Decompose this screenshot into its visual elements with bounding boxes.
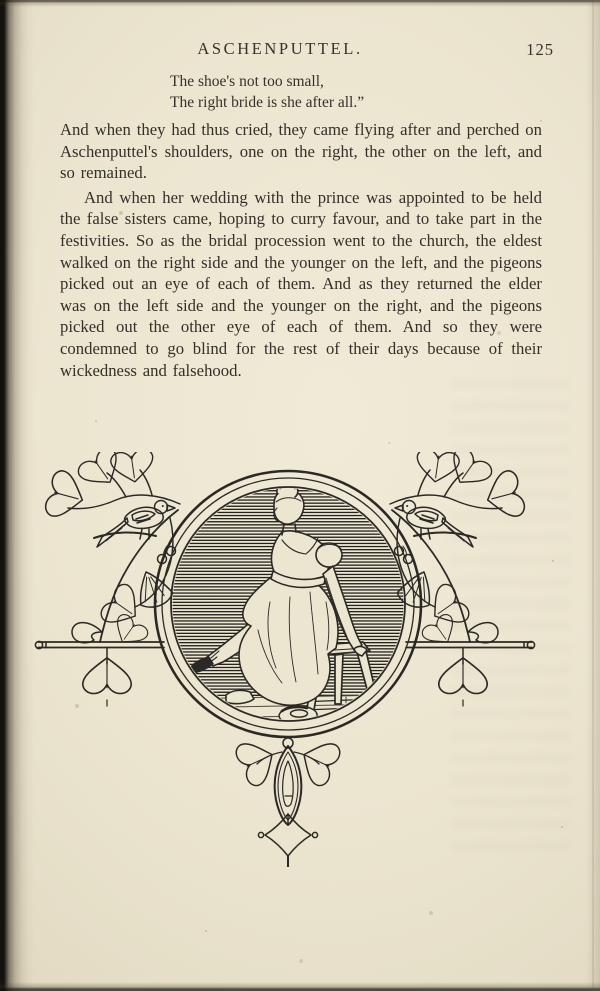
medallion-illustration: [30, 452, 540, 867]
running-title: ASCHENPUTTEL.: [197, 39, 362, 59]
engraving-scene: [155, 471, 421, 742]
book-page: ASCHENPUTTEL. 125 The shoe's not too sma…: [0, 0, 600, 991]
gutter-shadow: [0, 0, 34, 991]
paragraph-1: And when they had thus cried, they came …: [60, 119, 542, 184]
vine-ornament-left: [35, 452, 180, 706]
top-edge-shadow: [0, 0, 600, 7]
page-number: 125: [526, 40, 554, 60]
pendant-ornament: [233, 735, 343, 867]
right-crease: [592, 0, 594, 991]
slipper-charm: [283, 761, 294, 806]
paper-specks: [0, 0, 2, 2]
vine-ornament-right: [390, 452, 535, 706]
right-edge-shadow: [586, 0, 600, 991]
verse-quote: The shoe's not too small, The right brid…: [170, 72, 364, 114]
verse-line-2: The right bride is she after all.”: [170, 93, 364, 114]
page-header: ASCHENPUTTEL.: [60, 39, 500, 59]
bottom-edge-shadow: [0, 982, 600, 991]
paragraph-2: And when her wedding with the prince was…: [60, 187, 542, 381]
verse-line-1: The shoe's not too small,: [170, 72, 364, 93]
body-text: And when they had thus cried, they came …: [60, 119, 542, 381]
